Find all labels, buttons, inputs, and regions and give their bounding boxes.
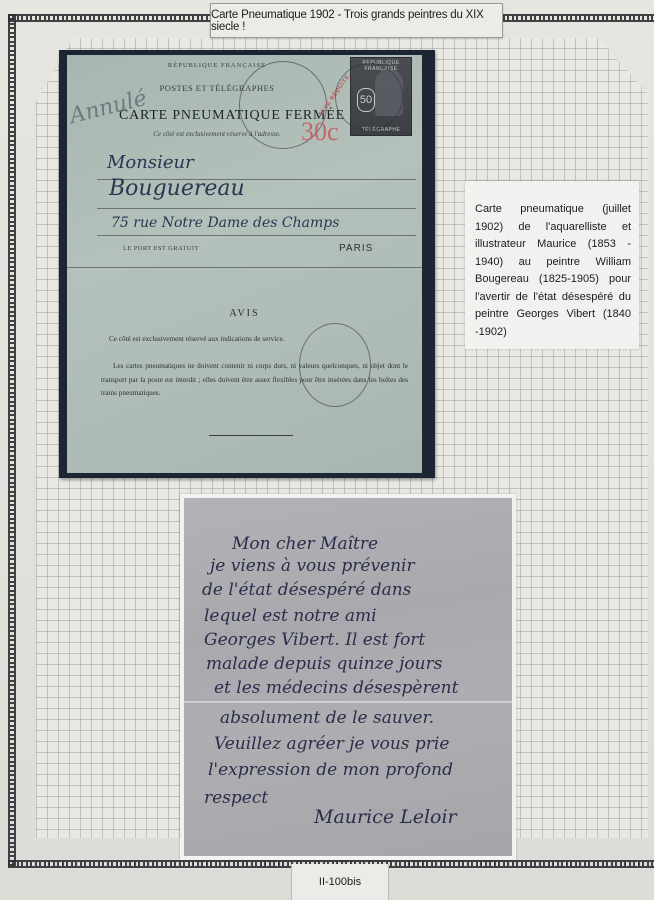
page-title: Carte Pneumatique 1902 - Trois grands pe… xyxy=(210,3,503,38)
letter-line: de l'état désespéré dans xyxy=(202,580,411,600)
letter-line: Mon cher Maître xyxy=(232,534,378,554)
city: PARIS xyxy=(339,243,373,254)
fold-rule xyxy=(67,267,422,268)
letter-line: respect xyxy=(204,788,268,808)
address-rule xyxy=(97,208,416,209)
pneumatic-card: Annulé RÉPUBLIQUE FRANÇAISE POSTES ET TÉ… xyxy=(67,55,422,473)
card-republique: RÉPUBLIQUE FRANÇAISE xyxy=(67,62,367,69)
stamp-cancel-icon xyxy=(335,63,403,131)
letter-line: Georges Vibert. Il est fort xyxy=(204,630,425,650)
letter-signature: Maurice Leloir xyxy=(314,806,457,828)
overprint-value: 30c xyxy=(301,117,339,147)
avis-heading: AVIS xyxy=(67,308,422,319)
address-line-2: Bouguereau xyxy=(109,176,245,201)
signature-rule xyxy=(209,435,293,436)
letter-line: Veuillez agréer je vous prie xyxy=(214,734,449,754)
port-gratuit: LE PORT EST GRATUIT xyxy=(123,245,199,252)
address-line-3: 75 rue Notre Dame des Champs xyxy=(111,215,339,231)
letter-fold xyxy=(184,701,512,703)
letter-line: je viens à vous prévenir xyxy=(210,556,415,576)
letter-line: l'expression de mon profond xyxy=(208,760,453,780)
avis-line: Ce côté est exclusivement réservé aux in… xyxy=(109,335,284,343)
letter-line: lequel est notre ami xyxy=(204,606,377,626)
letter-line: et les médecins désespèrent xyxy=(214,678,458,698)
greek-key-border-left xyxy=(8,14,16,866)
handwritten-letter: Mon cher Maître je viens à vous prévenir… xyxy=(184,498,512,856)
album-page: Carte Pneumatique 1902 - Trois grands pe… xyxy=(0,0,654,900)
address-line-1: Monsieur xyxy=(107,152,194,173)
address-rule xyxy=(97,235,416,236)
letter-line: absolument de le sauver. xyxy=(220,708,434,728)
caption-note: Carte pneumatique (juillet 1902) de l'aq… xyxy=(465,181,639,349)
back-postmark-icon xyxy=(299,323,371,407)
letter-line: malade depuis quinze jours xyxy=(206,654,442,674)
page-reference: II-100bis xyxy=(291,864,389,900)
